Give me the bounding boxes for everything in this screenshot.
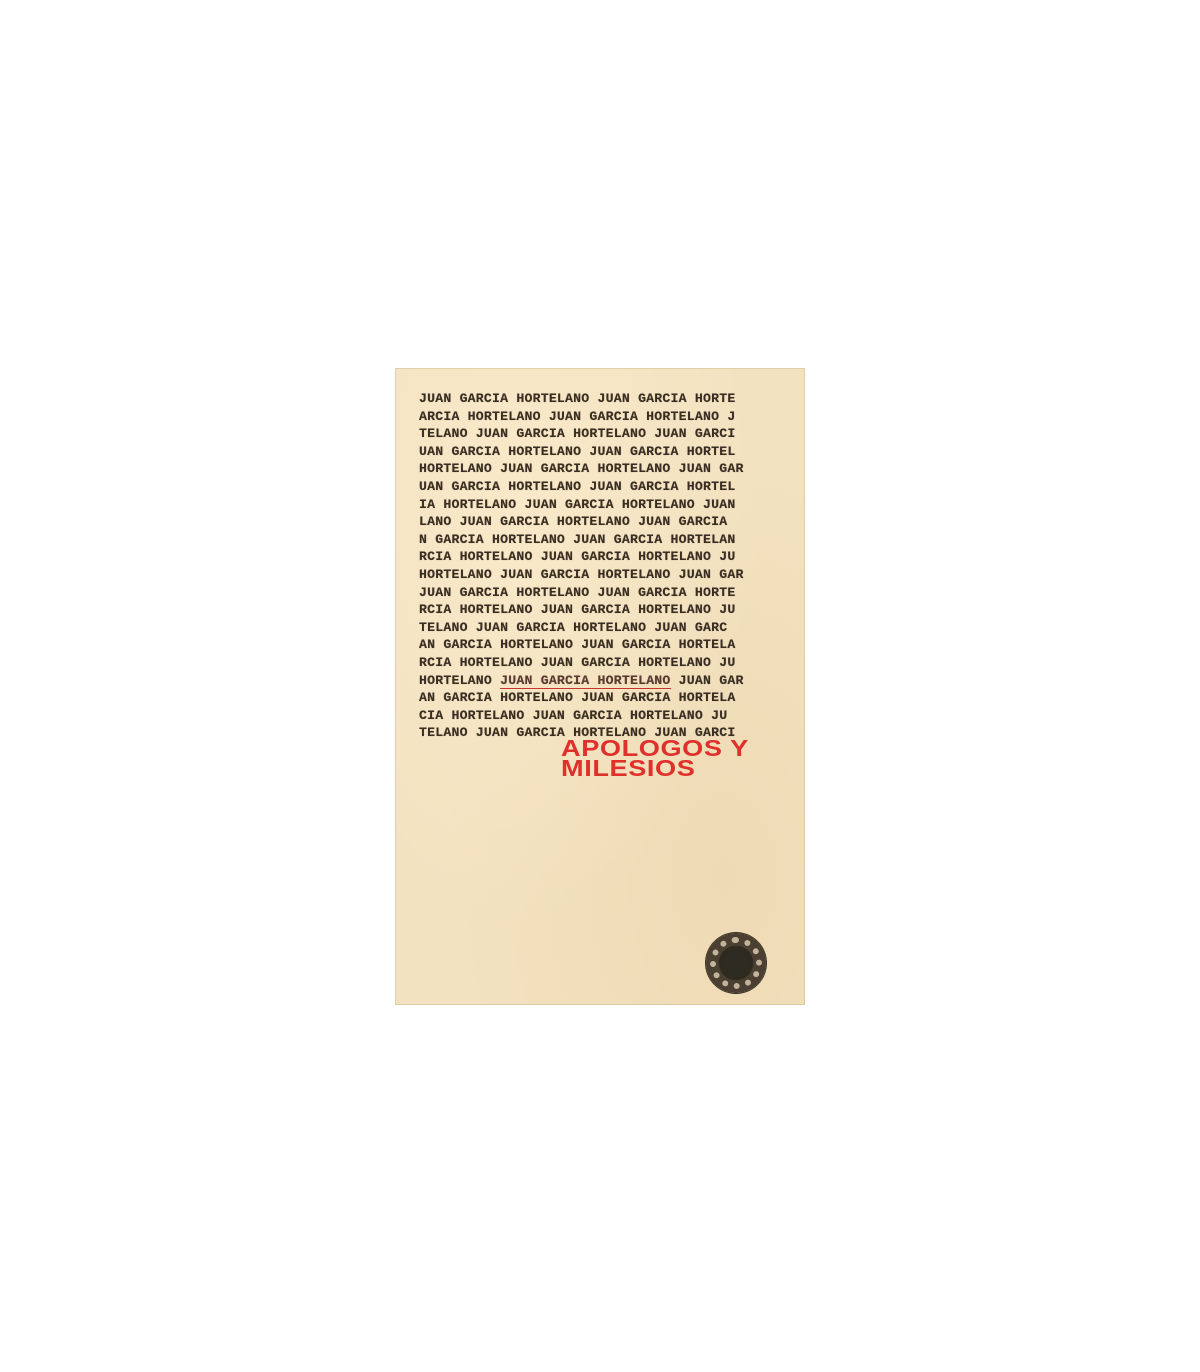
author-pattern-line: HORTELANO JUAN GARCIA HORTELANO JUAN GAR	[419, 672, 795, 690]
pattern-text: HORTELANO	[419, 673, 500, 688]
publisher-seal-icon	[706, 933, 766, 993]
seal-core	[723, 950, 749, 976]
book-cover: JUAN GARCIA HORTELANO JUAN GARCIA HORTEA…	[395, 368, 805, 1005]
author-pattern-line: IA HORTELANO JUAN GARCIA HORTELANO JUAN	[419, 496, 795, 514]
author-pattern-line: UAN GARCIA HORTELANO JUAN GARCIA HORTEL	[419, 443, 795, 461]
author-pattern-line: JUAN GARCIA HORTELANO JUAN GARCIA HORTE	[419, 390, 795, 408]
author-pattern-line: CIA HORTELANO JUAN GARCIA HORTELANO JU	[419, 707, 795, 725]
author-pattern-line: N GARCIA HORTELANO JUAN GARCIA HORTELAN	[419, 531, 795, 549]
author-pattern-line: RCIA HORTELANO JUAN GARCIA HORTELANO JU	[419, 601, 795, 619]
author-pattern-line: RCIA HORTELANO JUAN GARCIA HORTELANO JU	[419, 548, 795, 566]
author-pattern-line: TELANO JUAN GARCIA HORTELANO JUAN GARCI	[419, 425, 795, 443]
author-name-pattern: JUAN GARCIA HORTELANO JUAN GARCIA HORTEA…	[419, 390, 795, 742]
book-title: APOLOGOS Y MILESIOS	[561, 738, 749, 778]
author-pattern-line: UAN GARCIA HORTELANO JUAN GARCIA HORTEL	[419, 478, 795, 496]
author-pattern-line: TELANO JUAN GARCIA HORTELANO JUAN GARC	[419, 619, 795, 637]
author-pattern-line: HORTELANO JUAN GARCIA HORTELANO JUAN GAR	[419, 566, 795, 584]
author-pattern-line: HORTELANO JUAN GARCIA HORTELANO JUAN GAR	[419, 460, 795, 478]
author-pattern-line: LANO JUAN GARCIA HORTELANO JUAN GARCIA	[419, 513, 795, 531]
author-pattern-line: JUAN GARCIA HORTELANO JUAN GARCIA HORTE	[419, 584, 795, 602]
author-pattern-line: AN GARCIA HORTELANO JUAN GARCIA HORTELA	[419, 689, 795, 707]
author-pattern-line: RCIA HORTELANO JUAN GARCIA HORTELANO JU	[419, 654, 795, 672]
author-pattern-line: AN GARCIA HORTELANO JUAN GARCIA HORTELA	[419, 636, 795, 654]
underlined-author-name: JUAN GARCIA HORTELANO	[500, 673, 670, 690]
pattern-text: JUAN GAR	[671, 673, 744, 688]
author-pattern-line: ARCIA HORTELANO JUAN GARCIA HORTELANO J	[419, 408, 795, 426]
title-line-2: MILESIOS	[561, 758, 749, 778]
